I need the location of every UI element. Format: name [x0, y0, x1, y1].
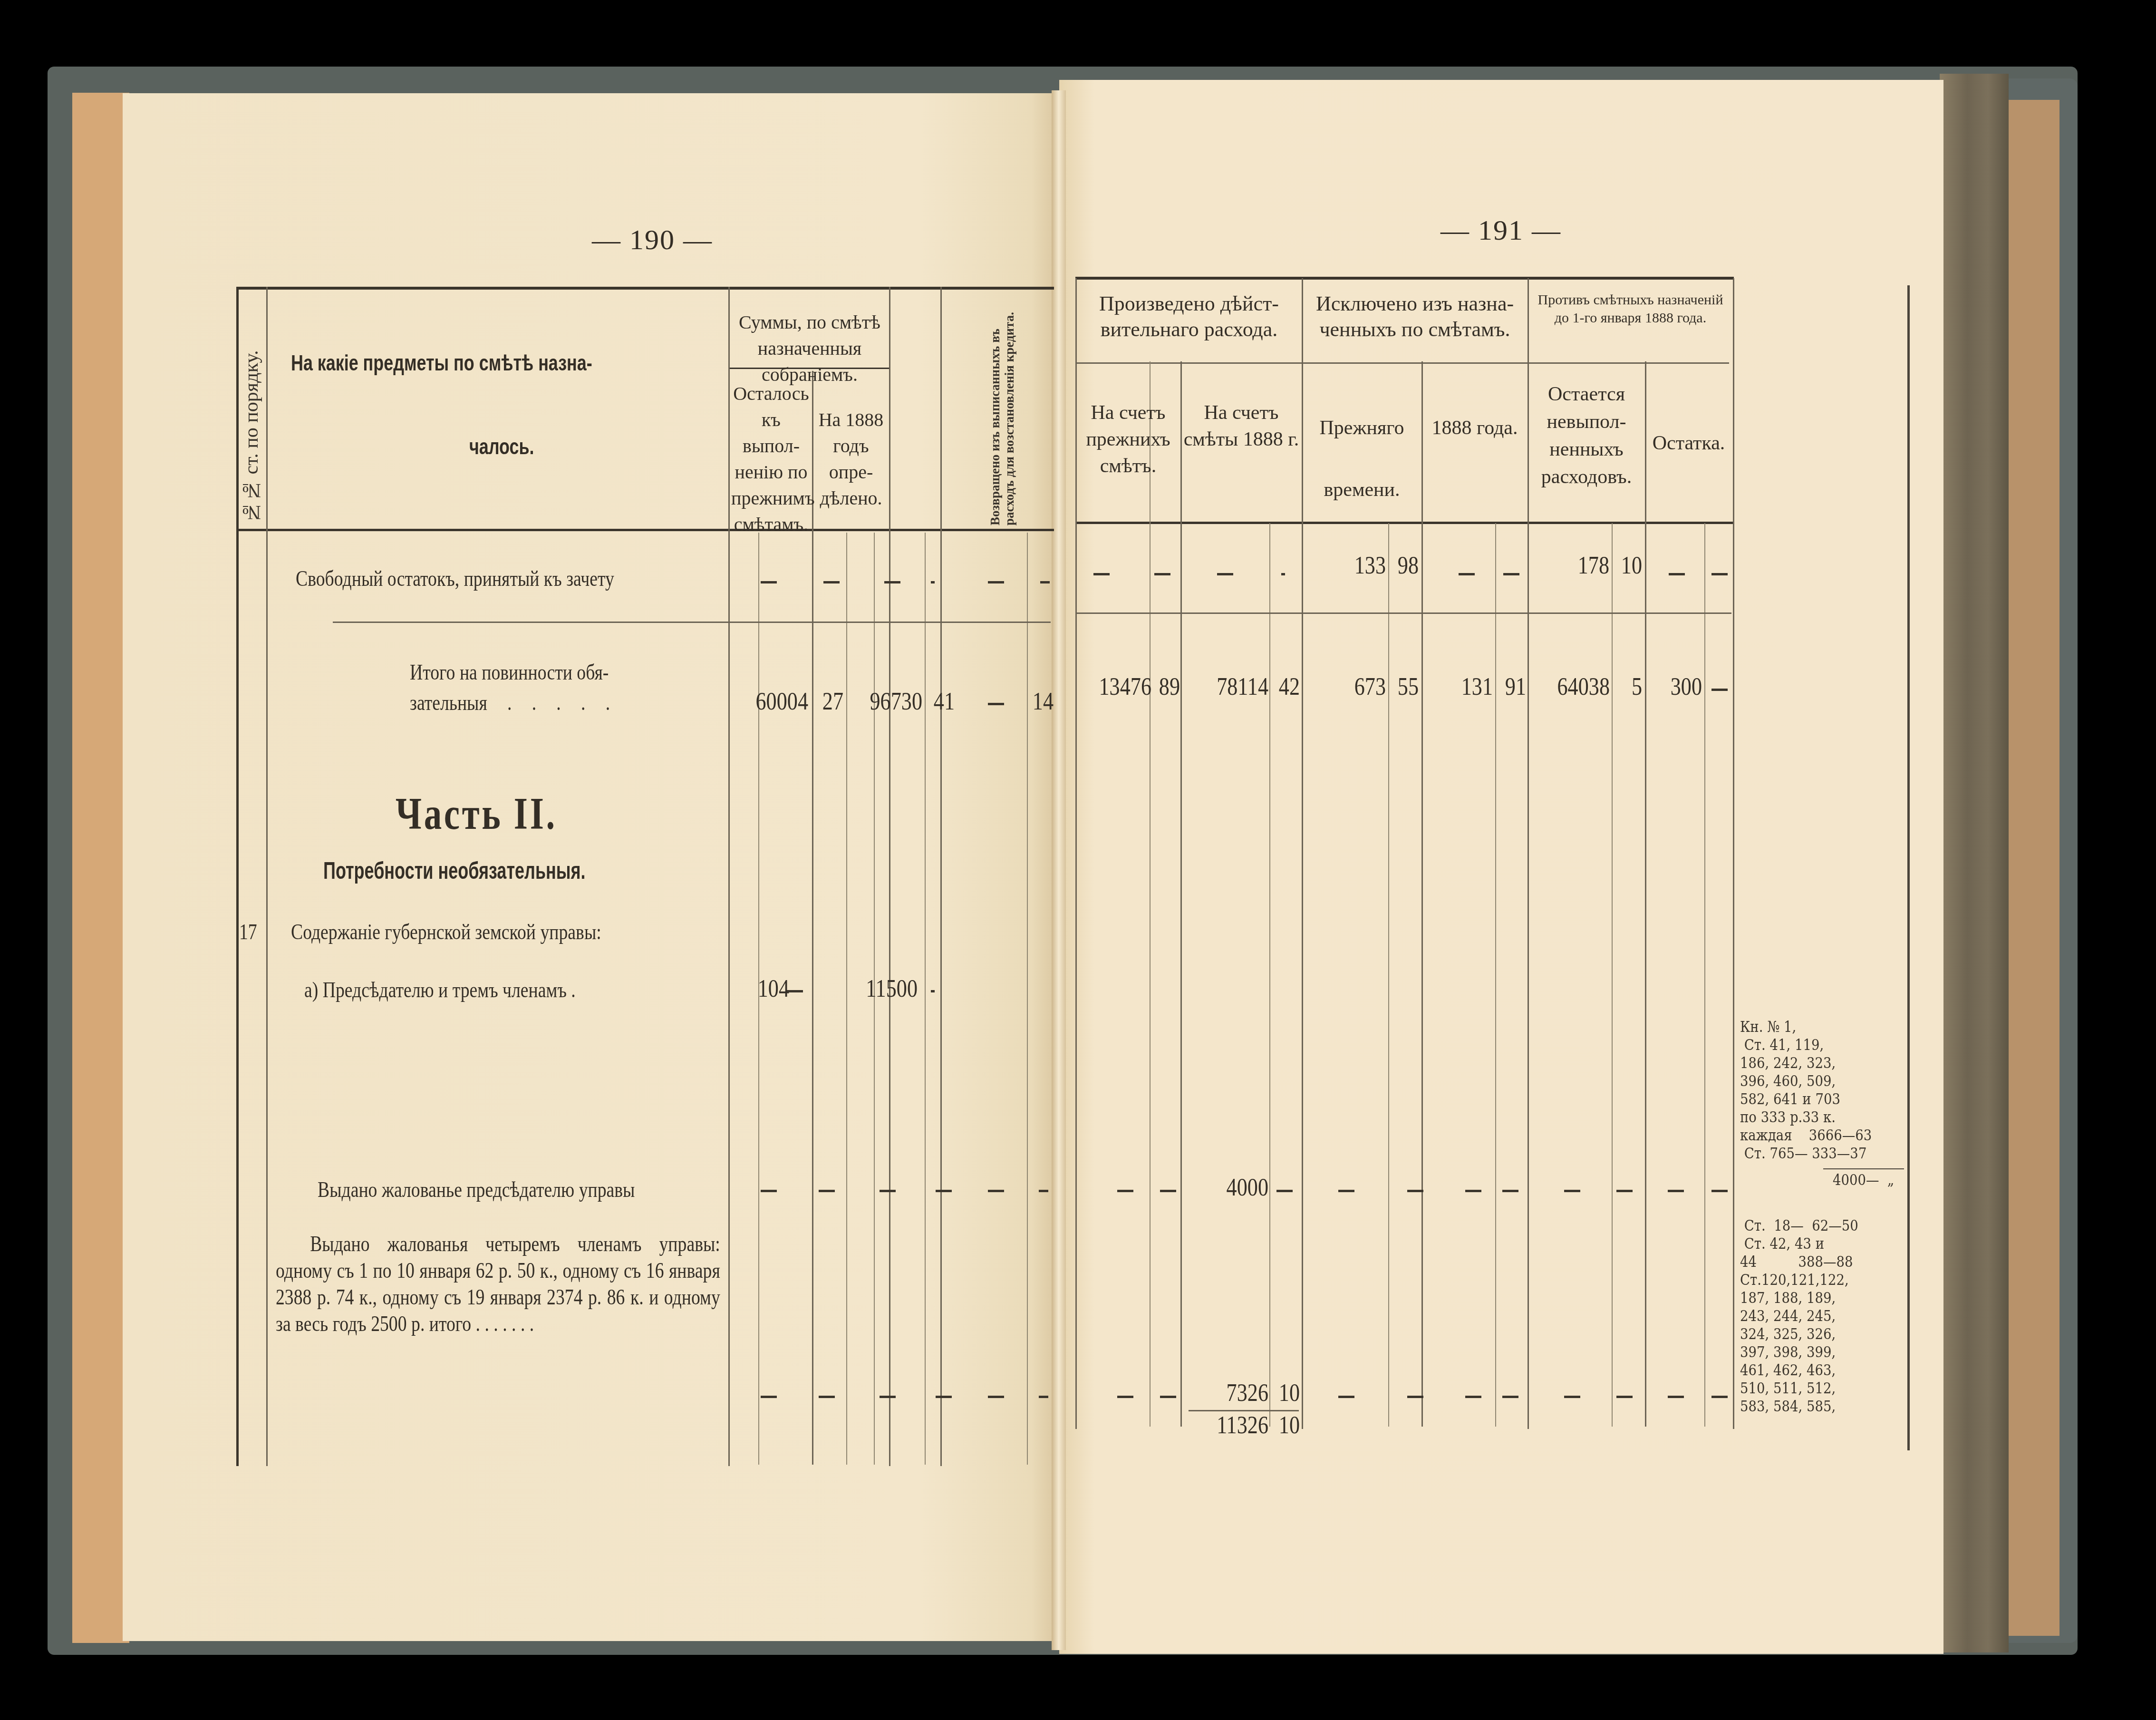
endpaper-left [72, 93, 129, 1643]
subtotal-rule [1075, 612, 1731, 614]
total-balance: 300 [1655, 673, 1702, 701]
free-balance-unfulfilled: 178 [1547, 552, 1609, 580]
col-rule [1302, 278, 1303, 1429]
col-1888-header: На 1888 годъ опре-дѣлено. [814, 407, 888, 511]
dash [1711, 689, 1728, 691]
col-rule [1612, 523, 1613, 1427]
col-rule [1388, 523, 1389, 1427]
dash [931, 581, 935, 583]
dash [1039, 1396, 1048, 1398]
item-a-label: а) Предсѣдателю и тремъ членамъ . [304, 975, 576, 1005]
total-actual-prev-kopecks: 89 [1155, 673, 1180, 701]
row-total-label-line1: Итого на повинности обя- [410, 657, 609, 688]
dash [761, 581, 777, 583]
col-rule [1180, 361, 1182, 1427]
dash [1281, 573, 1285, 575]
margin-column-rule [1907, 285, 1910, 1450]
members-salary-label: Выдано жалованья четыремъ членамъ управы… [276, 1231, 720, 1337]
dash [931, 990, 935, 992]
item-a-remaining: 104 [741, 975, 789, 1003]
dash [1616, 1190, 1633, 1192]
dash [1040, 581, 1050, 583]
dash [880, 1396, 896, 1398]
total-unfulfilled-kopecks: 5 [1617, 673, 1642, 701]
chairman-salary-label: Выдано жалованье предсѣдателю управы [318, 1175, 635, 1205]
col-rule [940, 287, 942, 1466]
balance-header: Остатка. [1646, 430, 1731, 456]
dash [819, 1190, 835, 1192]
dash [988, 1396, 1004, 1398]
dash [1338, 1190, 1354, 1192]
right-subheader-rule [1075, 362, 1729, 364]
col-rule [1150, 361, 1151, 1427]
total-excl-prev: 673 [1323, 673, 1386, 701]
col-rule [1528, 278, 1529, 1429]
margin-note-2: Ст. 18— 62—50 Ст. 42, 43 и 44 388—88 Ст.… [1740, 1216, 1858, 1415]
dash [988, 703, 1004, 705]
col-item-header-line2: чалось. [469, 434, 534, 459]
article-title: Содержаніе губернской земской управы: [291, 917, 601, 947]
article-number: 17 [239, 917, 257, 947]
dash [1154, 573, 1170, 575]
dash [1459, 573, 1475, 575]
left-page [123, 93, 1059, 1641]
col-rule [1733, 278, 1734, 1429]
free-balance-excl-prev-kopecks: 98 [1393, 552, 1419, 580]
col-rule [728, 287, 730, 1466]
chairman-actual-1888: 4000 [1197, 1174, 1268, 1202]
col-rule [1495, 523, 1496, 1427]
free-balance-excl-prev: 133 [1323, 552, 1386, 580]
col-rule [1027, 533, 1028, 1465]
dash [1117, 1190, 1133, 1192]
right-table-header-rule [1075, 522, 1734, 524]
dash [1217, 573, 1233, 575]
dash [761, 1396, 777, 1398]
dash [1465, 1396, 1481, 1398]
dash [1160, 1190, 1176, 1192]
members-subtotal: 11326 [1197, 1411, 1268, 1439]
endpaper-right [2007, 100, 2059, 1636]
col-rule [1421, 361, 1423, 1427]
dash [936, 1190, 952, 1192]
book-gutter [1052, 90, 1066, 1650]
dash [1276, 1190, 1293, 1192]
total-actual-1888: 78114 [1197, 673, 1268, 701]
left-table-border [236, 287, 239, 1466]
col-rule [1704, 523, 1705, 1427]
part-subtitle: Потребности необязательныя. [323, 857, 586, 884]
dash [1407, 1396, 1423, 1398]
dash [1502, 1396, 1518, 1398]
total-1888: 96730 [858, 688, 922, 716]
part-title: Часть II. [396, 787, 557, 840]
left-page-number: — 190 — [592, 224, 713, 256]
left-table-header-rule [236, 529, 1054, 531]
dash [988, 1190, 1004, 1192]
dash [936, 1396, 952, 1398]
total-excl-prev-kopecks: 55 [1393, 673, 1419, 701]
dash [823, 581, 840, 583]
actual-1888-header: На счетъ смѣты 1888 г. [1183, 399, 1300, 453]
members-actual-1888-kopecks: 10 [1275, 1379, 1300, 1407]
subtotal-rule [333, 622, 1051, 623]
total-actual-prev: 13476 [1087, 673, 1151, 701]
actual-expense-header: Произведено дѣйст-вительнаго расхода. [1078, 291, 1300, 342]
item-a-1888: 11500 [841, 975, 918, 1003]
dash [1093, 573, 1110, 575]
right-page-number: — 191 — [1441, 214, 1561, 247]
against-estimate-header: Противъ смѣтныхъ назначеній до 1-го янва… [1529, 291, 1731, 327]
total-1888-kopecks: 41 [930, 688, 955, 716]
row-free-balance-label: Свободный остатокъ, принятый къ зачету [296, 564, 614, 594]
dash [1039, 1190, 1048, 1192]
col-rule [812, 371, 813, 1465]
col-rule [266, 287, 268, 1466]
excluded-prev-header: Прежняго времени. [1304, 397, 1420, 521]
col-returned-header: Возвращено изъ выписанныхъ въ расходъ дл… [988, 292, 1045, 525]
col-sums-header: Суммы, по смѣтѣ назначенныя собраніемъ. [731, 309, 888, 388]
dash [1465, 1190, 1481, 1192]
total-remaining: 60004 [744, 688, 808, 716]
left-table-top-rule [236, 287, 1054, 290]
col-rule [1269, 523, 1270, 1427]
actual-prev-header: На счетъ прежнихъ смѣтъ. [1077, 399, 1180, 479]
dash [1160, 1396, 1176, 1398]
dash [1338, 1396, 1354, 1398]
total-returned-kopecks: 14 [1031, 688, 1054, 716]
members-subtotal-kopecks: 10 [1275, 1411, 1300, 1439]
excluded-1888-header: 1888 года. [1423, 397, 1526, 459]
dash [819, 1396, 835, 1398]
dash [880, 1190, 896, 1192]
dash [988, 581, 1004, 583]
col-rule [1645, 361, 1646, 1427]
margin-note-1-total: 4000— „ [1833, 1171, 1894, 1189]
dash [884, 581, 900, 583]
dash [1711, 1396, 1728, 1398]
dash [1502, 1190, 1518, 1192]
free-balance-unfulfilled-kopecks: 10 [1617, 552, 1642, 580]
dash [1503, 573, 1519, 575]
dash [1564, 1396, 1580, 1398]
dash [1711, 1190, 1728, 1192]
dash [1616, 1396, 1633, 1398]
col-article-number-header: №№ ст. по порядку. [240, 295, 263, 523]
page-stack-edge [1940, 74, 2009, 1652]
dash [1668, 1396, 1684, 1398]
dash [1669, 573, 1685, 575]
total-excl-1888: 131 [1434, 673, 1493, 701]
dash [1407, 1190, 1423, 1192]
col-rule [925, 533, 926, 1465]
dash [761, 1190, 777, 1192]
col-rule [889, 287, 890, 1466]
dash [1711, 573, 1728, 575]
excluded-header: Исключено изъ назна-ченныхъ по смѣтамъ. [1304, 291, 1526, 342]
col-item-header-line1: На какіе предметы по смѣтѣ назна- [291, 350, 592, 376]
total-excl-1888-kopecks: 91 [1501, 673, 1526, 701]
dash [1668, 1190, 1684, 1192]
unfulfilled-header: Остается невыпол-ненныхъ расходовъ. [1529, 380, 1644, 491]
margin-sum-rule [1823, 1168, 1904, 1169]
dash [1117, 1396, 1133, 1398]
dash [1564, 1190, 1580, 1192]
right-table-top-rule [1075, 277, 1734, 280]
row-total-label-line2: зательныя . . . . . [410, 688, 610, 718]
total-remaining-kopecks: 27 [818, 688, 843, 716]
margin-note-1: Кн. № 1, Ст. 41, 119, 186, 242, 323, 396… [1740, 1018, 1872, 1162]
members-actual-1888: 7326 [1197, 1379, 1268, 1407]
dash [787, 990, 803, 992]
col-remaining-header: Осталось къ выпол-ненію по прежнимъ смѣт… [731, 380, 811, 537]
total-actual-1888-kopecks: 42 [1275, 673, 1300, 701]
total-unfulfilled: 64038 [1542, 673, 1610, 701]
